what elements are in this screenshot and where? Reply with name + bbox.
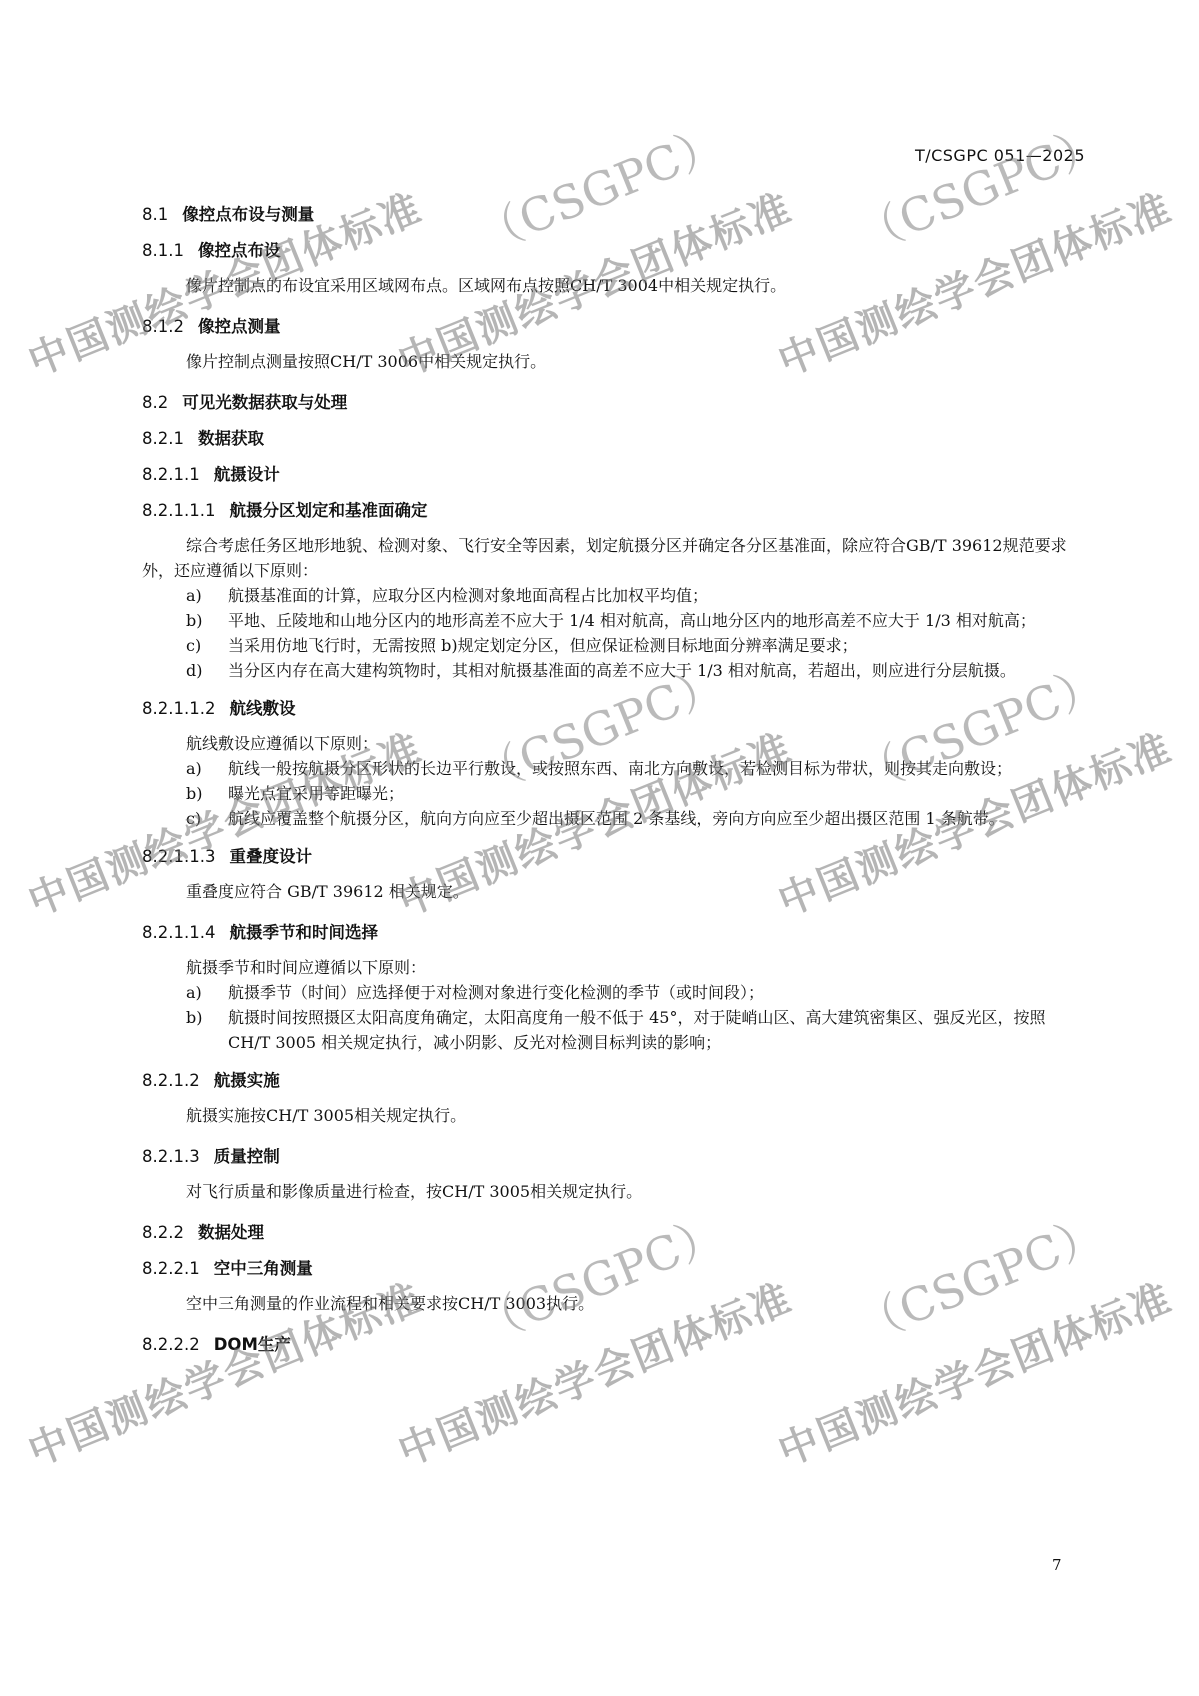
heading-8-2-2-1: 8.2.2.1空中三角测量 — [142, 1251, 1086, 1287]
heading-8-1-2: 8.1.2像控点测量 — [142, 309, 1086, 345]
document-page: T/CSGPC 051—2025 8.1像控点布设与测量 8.1.1像控点布设 … — [0, 0, 1199, 1696]
list-item: a)航线一般按航摄分区形状的长边平行敷设，或按照东西、南北方向敷设，若检测目标为… — [142, 756, 1086, 781]
principles-list: a)航摄基准面的计算，应取分区内检测对象地面高程占比加权平均值； b)平地、丘陵… — [142, 583, 1086, 683]
paragraph: 航线敷设应遵循以下原则： — [142, 731, 1086, 756]
list-item: a)航摄基准面的计算，应取分区内检测对象地面高程占比加权平均值； — [142, 583, 1086, 608]
standard-code-header: T/CSGPC 051—2025 — [915, 146, 1085, 165]
heading-8-2-2-2: 8.2.2.2DOM生产 — [142, 1327, 1086, 1363]
heading-8-2: 8.2可见光数据获取与处理 — [142, 385, 1086, 421]
paragraph: 像片控制点测量按照CH/T 3006中相关规定执行。 — [142, 349, 1086, 374]
paragraph: 重叠度应符合 GB/T 39612 相关规定。 — [142, 879, 1086, 904]
list-item: c)当采用仿地飞行时，无需按照 b)规定划定分区，但应保证检测目标地面分辨率满足… — [142, 633, 1086, 658]
heading-8-2-1-2: 8.2.1.2航摄实施 — [142, 1063, 1086, 1099]
list-item: b)曝光点宜采用等距曝光； — [142, 781, 1086, 806]
heading-8-1: 8.1像控点布设与测量 — [142, 197, 1086, 233]
list-item: d)当分区内存在高大建构筑物时，其相对航摄基准面的高差不应大于 1/3 相对航高… — [142, 658, 1086, 683]
list-item: b)航摄时间按照摄区太阳高度角确定，太阳高度角一般不低于 45°，对于陡峭山区、… — [142, 1005, 1086, 1055]
heading-8-2-1-1-3: 8.2.1.1.3重叠度设计 — [142, 839, 1086, 875]
route-list: a)航线一般按航摄分区形状的长边平行敷设，或按照东西、南北方向敷设，若检测目标为… — [142, 756, 1086, 831]
heading-8-2-2: 8.2.2数据处理 — [142, 1215, 1086, 1251]
paragraph: 对飞行质量和影像质量进行检查，按CH/T 3005相关规定执行。 — [142, 1179, 1086, 1204]
list-item: b)平地、丘陵地和山地分区内的地形高差不应大于 1/4 相对航高，高山地分区内的… — [142, 608, 1086, 633]
heading-8-2-1-1-2: 8.2.1.1.2航线敷设 — [142, 691, 1086, 727]
heading-8-2-1-1: 8.2.1.1航摄设计 — [142, 457, 1086, 493]
paragraph: 像片控制点的布设宜采用区域网布点。区域网布点按照CH/T 3004中相关规定执行… — [142, 273, 1086, 298]
paragraph: 综合考虑任务区地形地貌、检测对象、飞行安全等因素，划定航摄分区并确定各分区基准面… — [142, 533, 1086, 583]
heading-8-2-1-1-1: 8.2.1.1.1航摄分区划定和基准面确定 — [142, 493, 1086, 529]
season-list: a)航摄季节（时间）应选择便于对检测对象进行变化检测的季节（或时间段）； b)航… — [142, 980, 1086, 1055]
heading-8-2-1: 8.2.1数据获取 — [142, 421, 1086, 457]
heading-8-2-1-1-4: 8.2.1.1.4航摄季节和时间选择 — [142, 915, 1086, 951]
paragraph: 航摄实施按CH/T 3005相关规定执行。 — [142, 1103, 1086, 1128]
paragraph: 空中三角测量的作业流程和相关要求按CH/T 3003执行。 — [142, 1291, 1086, 1316]
list-item: c)航线应覆盖整个航摄分区，航向方向应至少超出摄区范围 2 条基线，旁向方向应至… — [142, 806, 1086, 831]
heading-8-2-1-3: 8.2.1.3质量控制 — [142, 1139, 1086, 1175]
document-body: 8.1像控点布设与测量 8.1.1像控点布设 像片控制点的布设宜采用区域网布点。… — [142, 197, 1086, 1363]
heading-8-1-1: 8.1.1像控点布设 — [142, 233, 1086, 269]
paragraph: 航摄季节和时间应遵循以下原则： — [142, 955, 1086, 980]
list-item: a)航摄季节（时间）应选择便于对检测对象进行变化检测的季节（或时间段）； — [142, 980, 1086, 1005]
page-number: 7 — [1052, 1556, 1062, 1574]
